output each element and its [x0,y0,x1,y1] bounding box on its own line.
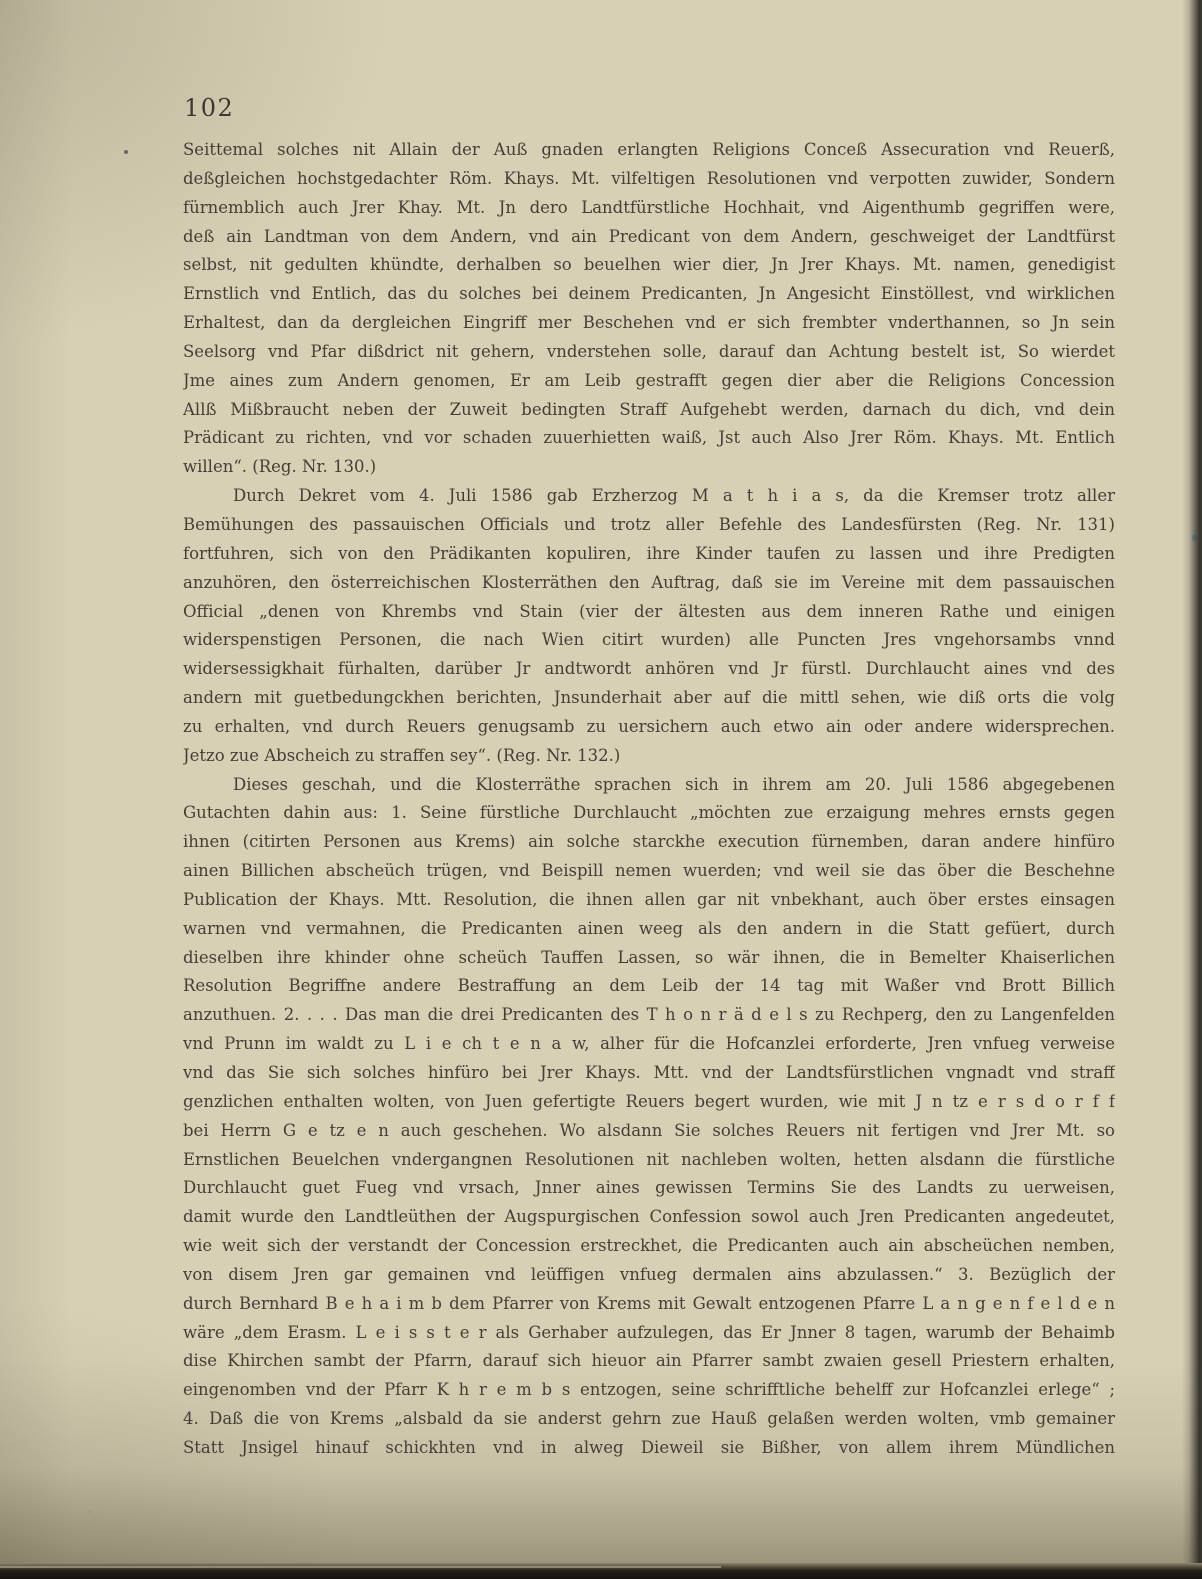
text-line: Statt Jnsigel hinauf schickhten vnd in a… [183,1434,1115,1463]
ink-speck [88,1510,91,1513]
text-line: deßgleichen hochstgedachter Röm. Khays. … [183,165,1115,194]
text-line: Ernstlichen Beuelchen vndergangnen Resol… [183,1146,1115,1175]
text-line: Resolution Begriffne andere Bestraffung … [183,972,1115,1001]
text-line: zu erhalten, vnd durch Reuers genugsamb … [183,713,1115,742]
text-line: Ernstlich vnd Entlich, das du solches be… [183,280,1115,309]
text-line: Dieses geschah, und die Klosterräthe spr… [183,771,1115,800]
text-line: damit wurde den Landtleüthen der Augspur… [183,1203,1115,1232]
text-line: Durchlaucht guet Fueg vnd vrsach, Jnner … [183,1174,1115,1203]
text-line: von disem Jren gar gemainen vnd leüffige… [183,1261,1115,1290]
text-line: Prädicant zu richten, vnd vor schaden zu… [183,424,1115,453]
text-line: ainen Billichen abscheüch trügen, vnd Be… [183,857,1115,886]
text-line: anzuthuen. 2. . . . Das man die drei Pre… [183,1001,1115,1030]
text-line: Seittemal solches nit Allain der Auß gna… [183,136,1115,165]
text-line: willen“. (Reg. Nr. 130.) [183,453,1115,482]
text-line: bei Herrn G e tz e n auch geschehen. Wo … [183,1117,1115,1146]
book-page-scan: 102 Seittemal solches nit Allain der Auß… [0,0,1202,1579]
text-line: Durch Dekret vom 4. Juli 1586 gab Erzher… [183,482,1115,511]
text-line: Allß Mißbraucht neben der Zuweit bedingt… [183,396,1115,425]
text-line: eingenomben vnd der Pfarr K h r e m b s … [183,1376,1115,1405]
page-number: 102 [184,94,234,122]
text-line: widerspenstigen Personen, die nach Wien … [183,626,1115,655]
text-line: Jetzo zue Abscheich zu straffen sey“. (R… [183,742,1115,771]
text-line: 4. Daß die von Krems „alsbald da sie and… [183,1405,1115,1434]
text-line: andern mit guetbedungckhen berichten, Jn… [183,684,1115,713]
text-line: Publication der Khays. Mtt. Resolution, … [183,886,1115,915]
text-line: Official „denen von Khrembs vnd Stain (v… [183,598,1115,627]
text-line: selbst, nit gedulten khündte, derhalben … [183,251,1115,280]
ink-speck [124,150,128,154]
text-line: wäre „dem Erasm. L e i s s t e r als Ger… [183,1319,1115,1348]
text-line: warnen vnd vermahnen, die Predicanten ai… [183,915,1115,944]
text-line: widersessigkhait fürhalten, darüber Jr a… [183,655,1115,684]
page-edge-shadow-right [1182,0,1202,1579]
body-text-block: Seittemal solches nit Allain der Auß gna… [183,136,1115,1463]
text-line: anzuhören, den österreichischen Klosterr… [183,569,1115,598]
text-line: fürnemblich auch Jrer Khay. Mt. Jn dero … [183,194,1115,223]
text-line: Seelsorg vnd Pfar dißdrict nit gehern, v… [183,338,1115,367]
text-line: durch Bernhard B e h a i m b dem Pfarrer… [183,1290,1115,1319]
text-line: Erhaltest, dan da dergleichen Eingriff m… [183,309,1115,338]
text-line: vnd das Sie sich solches hinfüro bei Jre… [183,1059,1115,1088]
text-line: Jme aines zum Andern genomen, Er am Leib… [183,367,1115,396]
text-line: dieselben ihre khinder ohne scheüch Tauf… [183,944,1115,973]
text-line: genzlichen enthalten wolten, von Juen ge… [183,1088,1115,1117]
text-line: dise Khirchen sambt der Pfarrn, darauf s… [183,1347,1115,1376]
text-line: fortfuhren, sich von den Prädikanten kop… [183,540,1115,569]
text-line: deß ain Landtman von dem Andern, vnd ain… [183,223,1115,252]
text-line: Bemühungen des passauischen Officials un… [183,511,1115,540]
text-line: vnd Prunn im waldt zu L i e ch t e n a w… [183,1030,1115,1059]
text-line: wie weit sich der verstandt der Concessi… [183,1232,1115,1261]
text-line: ihnen (citirten Personen aus Krems) ain … [183,828,1115,857]
page-edge-band-bottom [0,1563,1202,1579]
text-line: Gutachten dahin aus: 1. Seine fürstliche… [183,799,1115,828]
